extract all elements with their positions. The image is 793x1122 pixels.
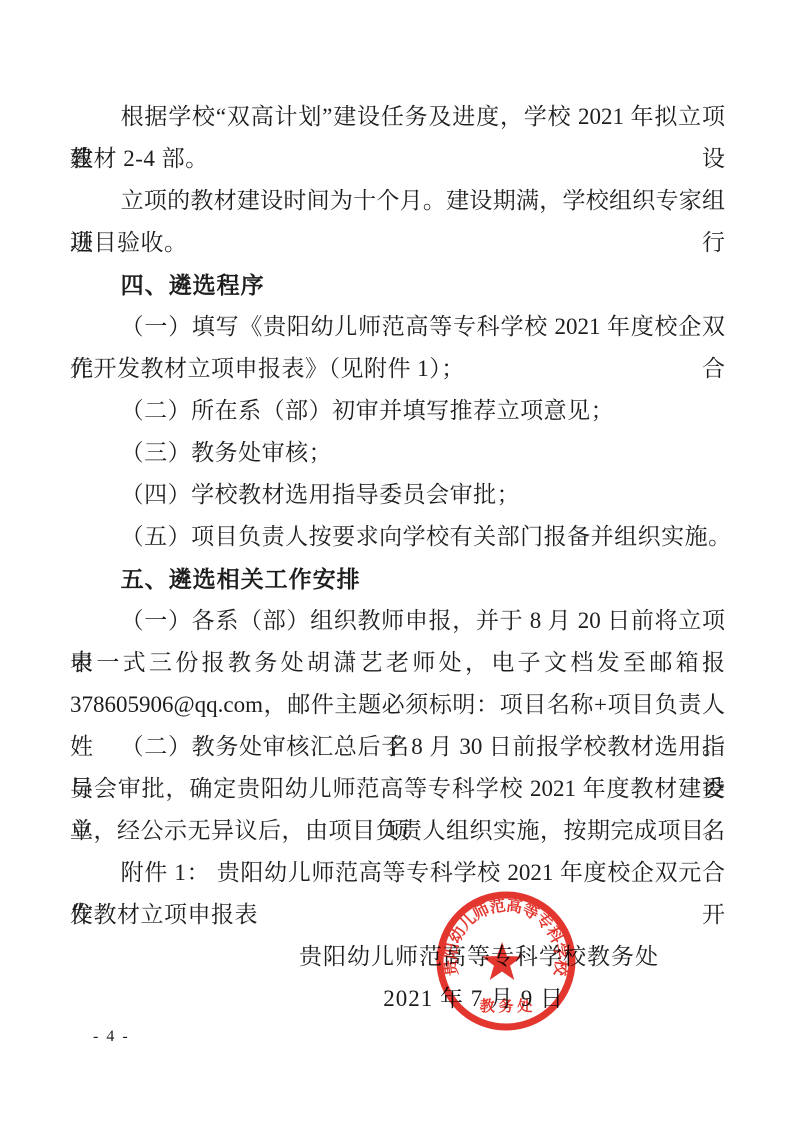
page-number: - 4 -: [93, 1028, 130, 1046]
body-line: 表一式三份报教务处胡潇艺老师处，电子文档发至邮箱：: [70, 642, 725, 684]
document-page: 根据学校“双高计划”建设任务及进度，学校 2021 年拟立项建设 教材 2-4 …: [0, 0, 793, 1122]
body-line: （二）教务处审核汇总后于 8 月 30 日前报学校教材选用指导委: [70, 726, 725, 768]
document-body: 根据学校“双高计划”建设任务及进度，学校 2021 年拟立项建设 教材 2-4 …: [70, 96, 725, 1020]
body-line: （一）各系（部）组织教师申报，并于 8 月 20 日前将立项申报: [70, 600, 725, 642]
body-line: 根据学校“双高计划”建设任务及进度，学校 2021 年拟立项建设: [70, 96, 725, 138]
body-line: （一）填写《贵阳幼儿师范高等专科学校 2021 年度校企双元合: [70, 306, 725, 348]
signature-department: 贵阳幼儿师范高等专科学校教务处: [70, 936, 725, 978]
body-line: 立项的教材建设时间为十个月。建设期满，学校组织专家组进行: [70, 180, 725, 222]
attachment-note-line: 附件 1： 贵阳幼儿师范高等专科学校 2021 年度校企双元合作开: [70, 852, 725, 894]
section-heading-5: 五、遴选相关工作安排: [70, 558, 725, 600]
signature-date: 2021 年 7 月 9 日: [70, 978, 725, 1020]
body-line: 378605906@qq.com，邮件主题必须标明：项目名称+项目负责人姓名。: [70, 684, 725, 726]
section-heading-4: 四、遴选程序: [70, 264, 725, 306]
body-line: 员会审批，确定贵阳幼儿师范高等专科学校 2021 年度教材建设立项名: [70, 768, 725, 810]
body-line: （三）教务处审核；: [70, 432, 725, 474]
body-line: （五）项目负责人按要求向学校有关部门报备并组织实施。: [70, 516, 725, 558]
body-line: 单，经公示无异议后，由项目负责人组织实施，按期完成项目。: [70, 810, 725, 852]
body-line: （二）所在系（部）初审并填写推荐立项意见；: [70, 390, 725, 432]
body-line: （四）学校教材选用指导委员会审批；: [70, 474, 725, 516]
